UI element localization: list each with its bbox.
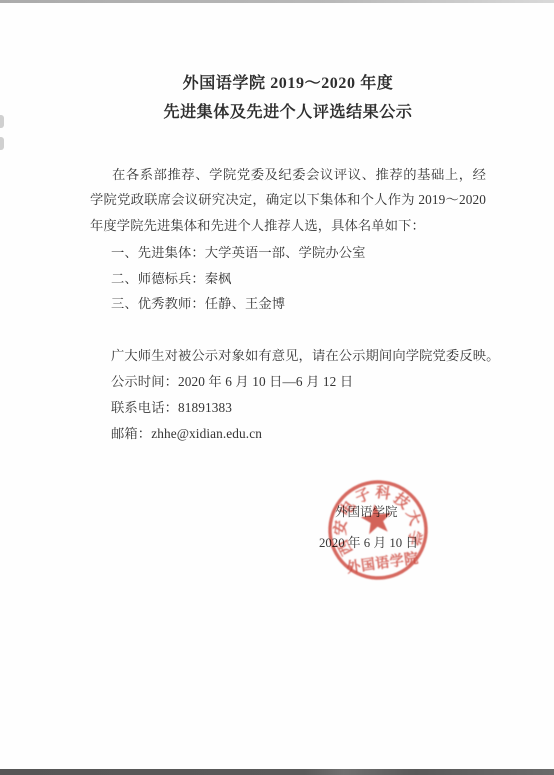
notice-block: 广大师生对被公示对象如有意见，请在公示期间向学院党委反映。 公示时间：2020 … xyxy=(90,343,486,447)
list-item-advanced-collective: 一、先进集体：大学英语一部、学院办公室 xyxy=(90,240,486,265)
list-item-ethics-model: 二、师德标兵：秦枫 xyxy=(90,266,486,291)
seal-bottom-text: 外国语学院 xyxy=(346,550,420,577)
seal-arc-char: 安 xyxy=(331,520,350,536)
seal-arc-char: 科 xyxy=(373,483,392,503)
scan-artifact-bottom-edge xyxy=(0,769,554,775)
document-title-line2: 先进集体及先进个人评选结果公示 xyxy=(90,100,486,126)
scanned-document-page: 外国语学院 2019～2020 年度 先进集体及先进个人评选结果公示 在各系部推… xyxy=(0,0,554,775)
notice-contact-phone: 联系电话：81891383 xyxy=(90,395,486,421)
notice-contact-email: 邮箱：zhhe@xidian.edu.cn xyxy=(90,421,486,447)
scan-artifact-left-smudge xyxy=(0,115,4,128)
document-title-line1: 外国语学院 2019～2020 年度 xyxy=(90,0,486,97)
award-list: 一、先进集体：大学英语一部、学院办公室 二、师德标兵：秦枫 三、优秀教师：任静、… xyxy=(90,240,486,316)
announcement-paragraph: 在各系部推荐、学院党委及纪委会议评议、推荐的基础上，经学院党政联席会议研究决定，… xyxy=(90,162,486,238)
seal-arc-char: 学 xyxy=(404,529,425,547)
notice-publicity-period: 公示时间：2020 年 6 月 10 日—6 月 12 日 xyxy=(90,369,486,395)
seal-star-icon xyxy=(359,502,393,535)
official-seal: 西 安 电 子 科 技 大 学 外国语学院 xyxy=(318,470,438,590)
document-body: 外国语学院 2019～2020 年度 先进集体及先进个人评选结果公示 在各系部推… xyxy=(90,0,486,447)
notice-opinion-line: 广大师生对被公示对象如有意见，请在公示期间向学院党委反映。 xyxy=(90,343,486,369)
scan-artifact-left-smudge xyxy=(0,137,4,150)
list-item-excellent-teacher: 三、优秀教师：任静、王金博 xyxy=(90,291,486,316)
